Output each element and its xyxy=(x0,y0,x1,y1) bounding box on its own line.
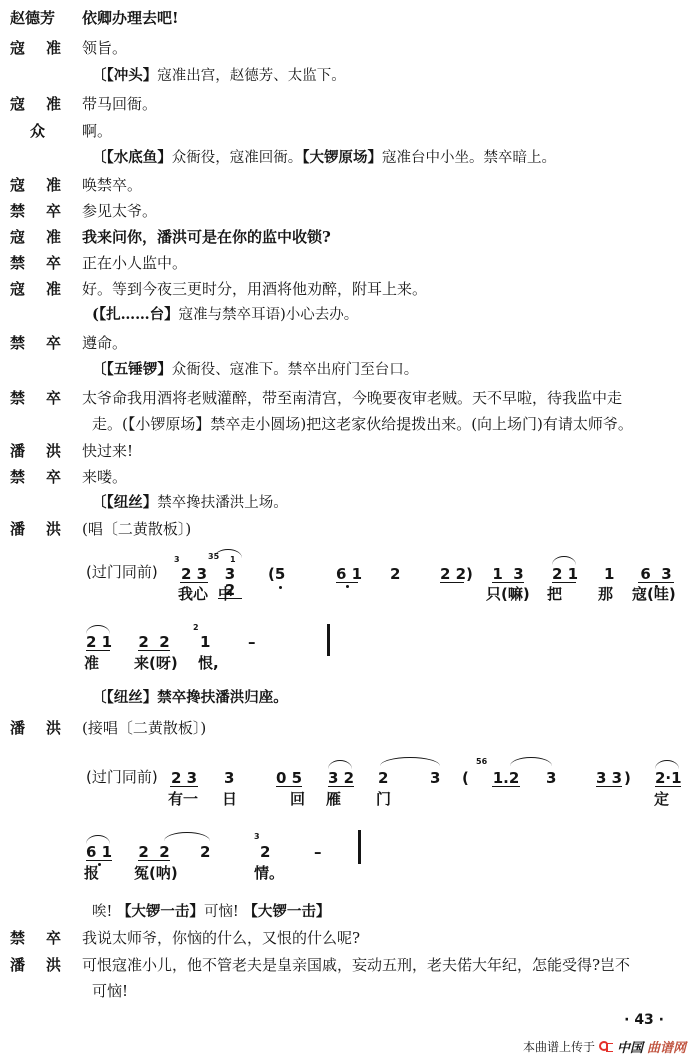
upload-text: 本曲谱上传于 xyxy=(523,1038,595,1055)
note: 3 xyxy=(224,770,234,786)
lyric: 报 xyxy=(84,864,99,882)
role-name: 禁卒 xyxy=(10,928,82,948)
script-page: 赵德芳 依卿办理去吧! 寇准 领旨。 〔【冲头】寇准出宫，赵德芳、太监下。 寇准… xyxy=(0,0,700,1062)
note-group: 3 3 xyxy=(596,770,622,787)
note: 2 xyxy=(260,844,270,860)
grace-note: 3 xyxy=(254,833,260,841)
note: 2 xyxy=(378,770,388,786)
slur xyxy=(510,757,552,766)
note-group: 2 2 xyxy=(138,844,170,861)
note-group: 6 1 xyxy=(86,844,112,861)
note: 2 xyxy=(200,844,210,860)
note-group: 0 5 xyxy=(276,770,302,787)
lyric: 冤(呐) xyxy=(134,864,178,882)
note-group: 2·1 xyxy=(655,770,681,787)
lyric: 回 xyxy=(290,790,305,808)
site-brand-part1: 中国 xyxy=(617,1037,643,1056)
lyric: 雁 xyxy=(326,790,341,808)
upload-watermark: 本曲谱上传于 中国曲谱网 xyxy=(523,1037,686,1056)
slur xyxy=(164,832,210,841)
grace-note: 56 xyxy=(476,758,487,766)
site-logo-icon xyxy=(599,1041,613,1053)
bar-line xyxy=(358,830,361,864)
note-group: 1.2 xyxy=(492,770,520,787)
interjection-text: 唉! 【大锣一击】可恼! 【大锣一击】 xyxy=(92,902,330,922)
dialogue-text: 我说太师爷，你恼的什么，又恨的什么呢? xyxy=(82,928,360,948)
note-group: 3 2 xyxy=(328,770,354,787)
dialogue-text: 可恨寇准小儿，他不管老夫是皇亲国戚，妄动五刑，老夫偌大年纪，怎能受得?岂不 xyxy=(82,955,630,975)
slur xyxy=(655,760,679,769)
role-name: 潘洪 xyxy=(10,955,82,975)
lyric: 有一 xyxy=(168,790,198,808)
page-number: · 43 · xyxy=(624,1012,664,1028)
dialogue-text: 可恼! xyxy=(92,981,128,1001)
note: 3 xyxy=(430,770,440,786)
slur xyxy=(328,760,352,769)
lyric: 定 xyxy=(654,790,669,808)
note: ) xyxy=(624,770,631,786)
lyric: 日 xyxy=(222,790,237,808)
lyric: 门 xyxy=(376,790,391,808)
note-group: 2 3 xyxy=(170,770,198,787)
lyric: 情。 xyxy=(254,864,284,882)
site-brand-part2: 曲谱网 xyxy=(647,1037,686,1056)
score-prefix: (过门同前) xyxy=(86,768,158,786)
note: ( xyxy=(462,770,469,786)
note: 3 xyxy=(546,770,556,786)
slur xyxy=(380,757,440,766)
note: – xyxy=(314,844,322,860)
